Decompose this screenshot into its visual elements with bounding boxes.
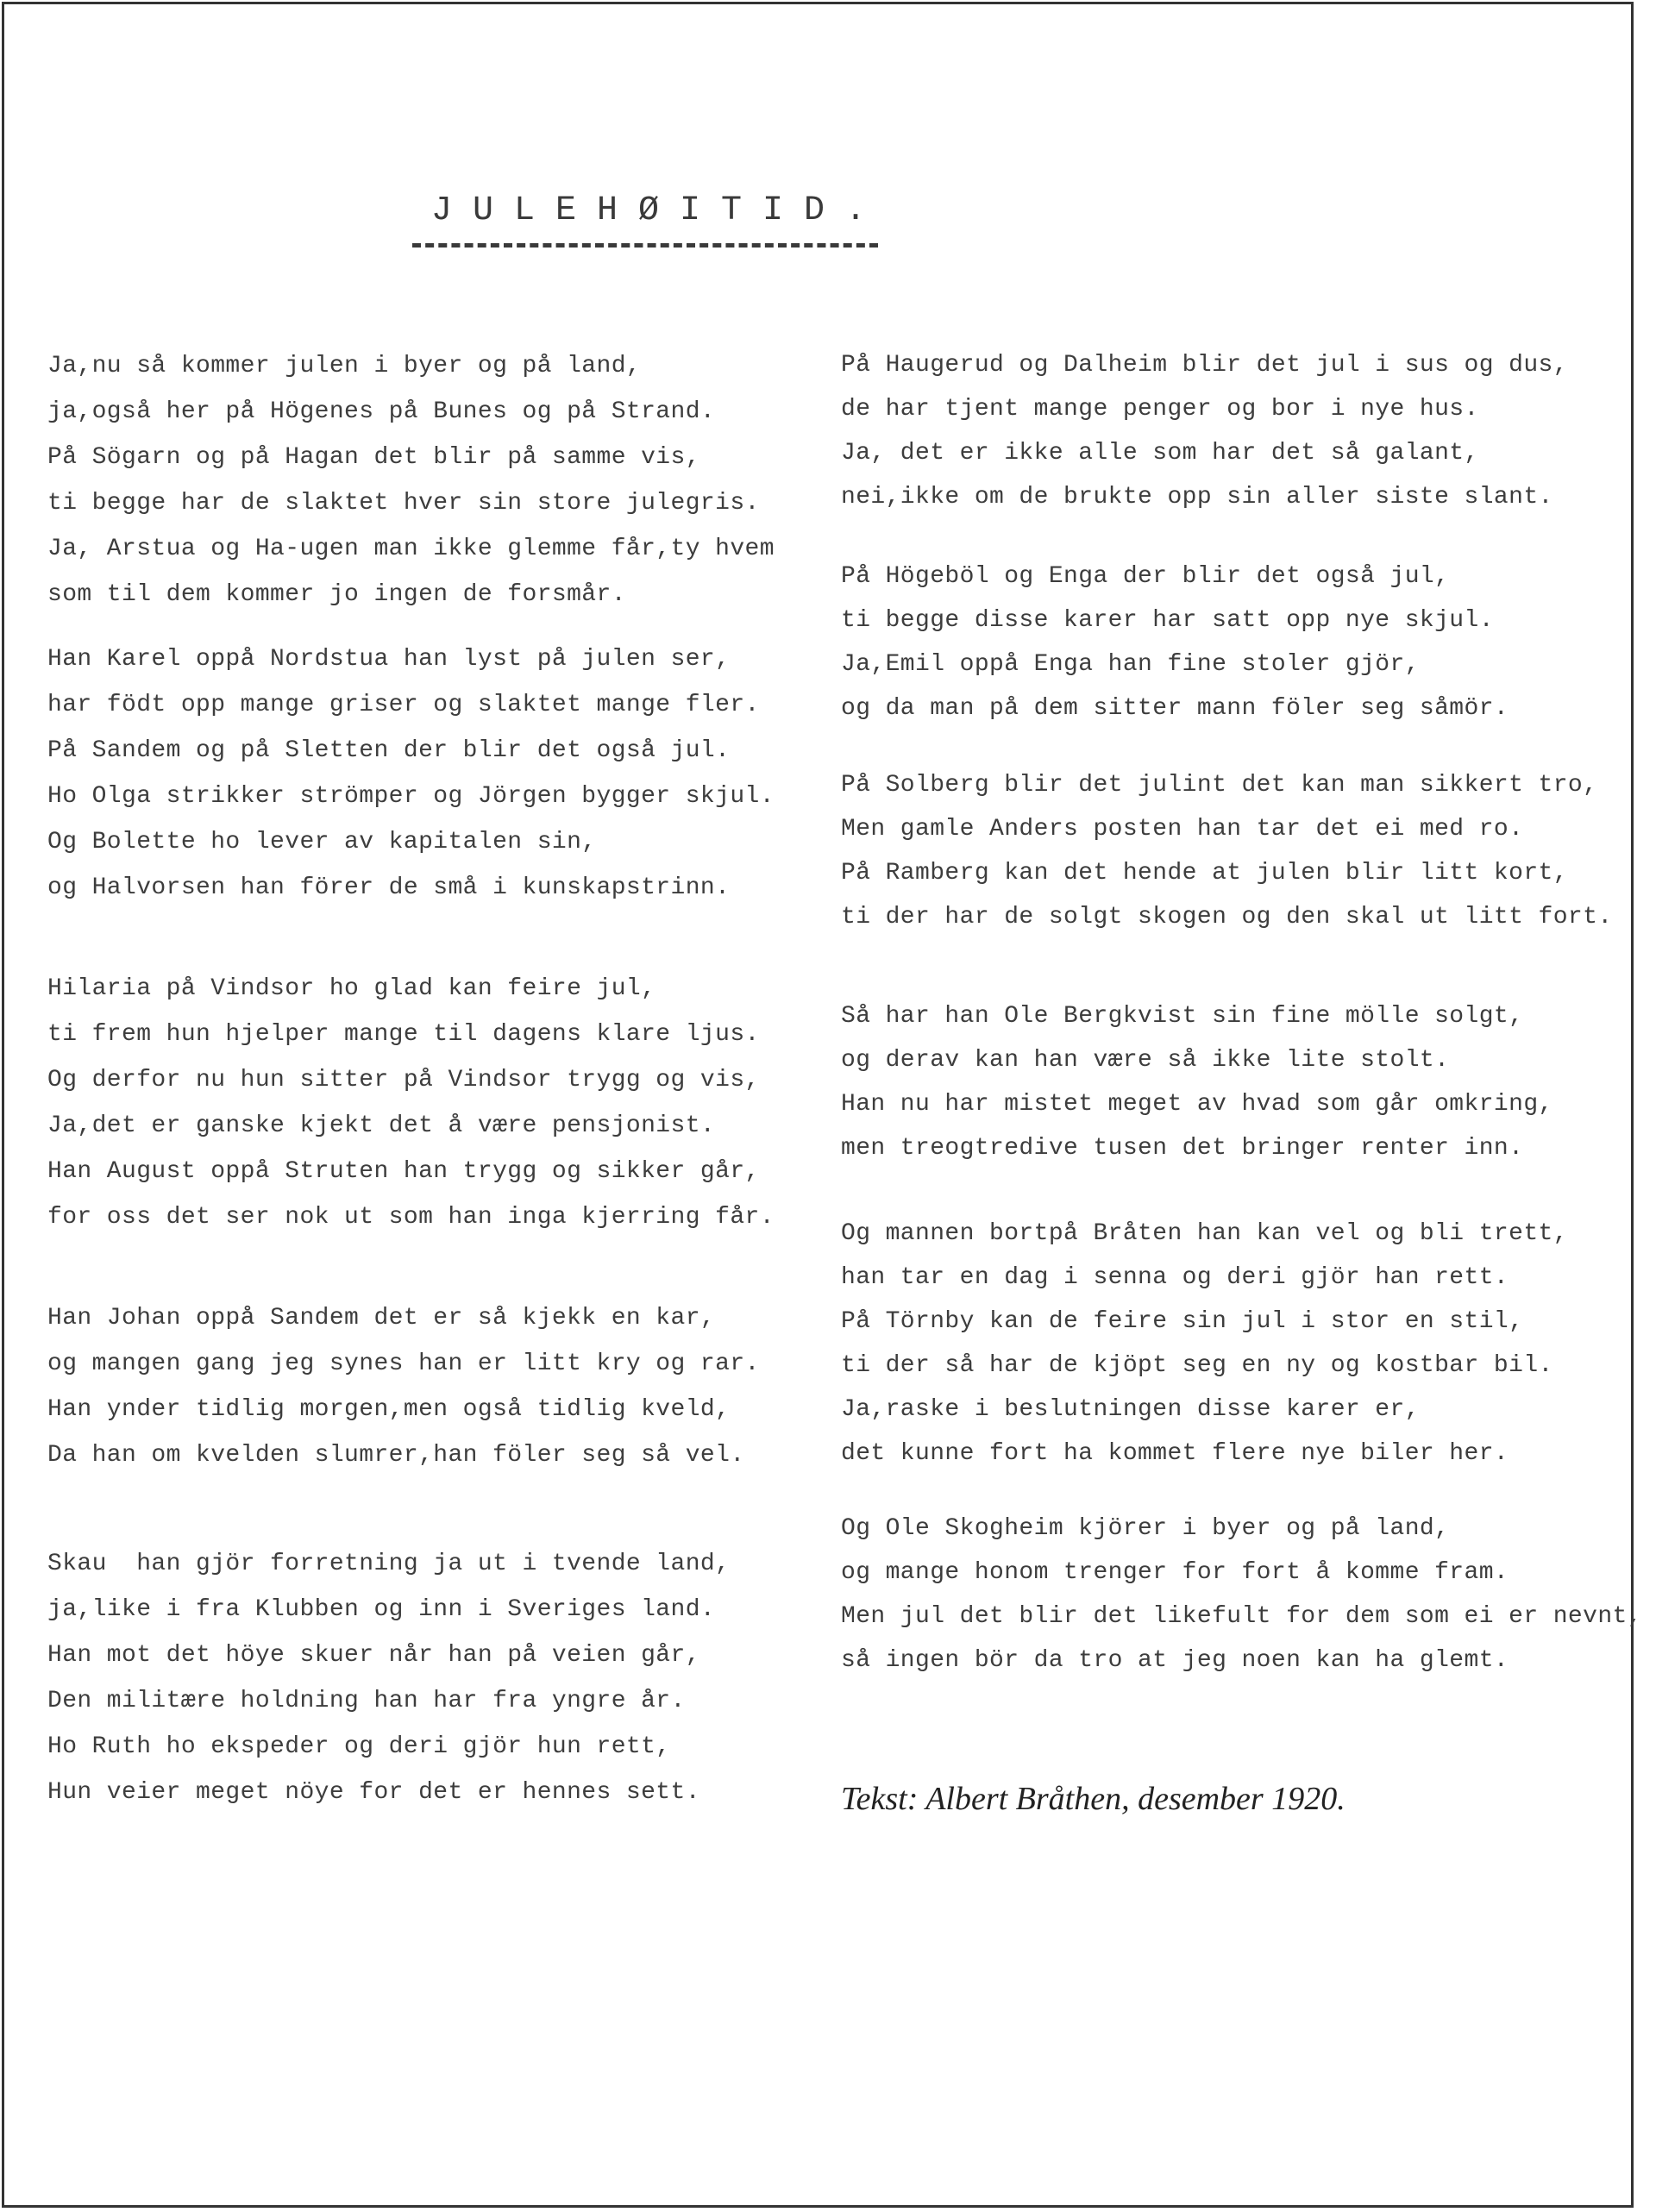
stanza-left-4: Han Johan oppå Sandem det er så kjekk en…: [47, 1295, 760, 1478]
poem-line: Han August oppå Struten han trygg og sik…: [47, 1149, 775, 1194]
poem-line: og mangen gang jeg synes han er litt kry…: [47, 1341, 760, 1387]
poem-line: Og Bolette ho lever av kapitalen sin,: [47, 819, 775, 865]
poem-line: På Ramberg kan det hende at julen blir l…: [841, 851, 1613, 895]
poem-line: Hilaria på Vindsor ho glad kan feire jul…: [47, 966, 775, 1012]
poem-line: På Törnby kan de feire sin jul i stor en…: [841, 1300, 1568, 1344]
poem-line: og da man på dem sitter mann föler seg s…: [841, 686, 1509, 730]
poem-line: som til dem kommer jo ingen de forsmår.: [47, 572, 775, 617]
poem-line: Ja,raske i beslutningen disse karer er,: [841, 1388, 1568, 1432]
poem-line: han tar en dag i senna og deri gjör han …: [841, 1256, 1568, 1300]
poem-line: Og Ole Skogheim kjörer i byer og på land…: [841, 1507, 1642, 1551]
stanza-right-3: På Solberg blir det julint det kan man s…: [841, 763, 1613, 939]
poem-line: det kunne fort ha kommet flere nye biler…: [841, 1432, 1568, 1476]
stanza-right-4: Så har han Ole Bergkvist sin fine mölle …: [841, 994, 1553, 1170]
poem-line: ti frem hun hjelper mange til dagens kla…: [47, 1012, 775, 1057]
poem-line: så ingen bör da tro at jeg noen kan ha g…: [841, 1639, 1642, 1682]
poem-line: nei,ikke om de brukte opp sin aller sist…: [841, 475, 1568, 519]
poem-line: Ja,det er ganske kjekt det å være pensjo…: [47, 1103, 775, 1149]
poem-line: de har tjent mange penger og bor i nye h…: [841, 387, 1568, 431]
poem-line: Ho Olga strikker strömper og Jörgen bygg…: [47, 774, 775, 819]
poem-line: Men jul det blir det likefult for dem so…: [841, 1595, 1642, 1639]
poem-line: Og derfor nu hun sitter på Vindsor trygg…: [47, 1057, 775, 1103]
poem-line: ja,også her på Högenes på Bunes og på St…: [47, 389, 775, 435]
poem-line: På Haugerud og Dalheim blir det jul i su…: [841, 343, 1568, 387]
poem-line: På Högeböl og Enga der blir det også jul…: [841, 555, 1509, 598]
poem-line: Og mannen bortpå Bråten han kan vel og b…: [841, 1212, 1568, 1256]
poem-line: Han nu har mistet meget av hvad som går …: [841, 1082, 1553, 1126]
title-underline: [412, 243, 878, 248]
poem-title: JULEHØITID.: [431, 191, 880, 230]
poem-line: men treogtredive tusen det bringer rente…: [841, 1126, 1553, 1170]
poem-line: har födt opp mange griser og slaktet man…: [47, 682, 775, 728]
stanza-right-6: Og Ole Skogheim kjörer i byer og på land…: [841, 1507, 1642, 1682]
stanza-right-5: Og mannen bortpå Bråten han kan vel og b…: [841, 1212, 1568, 1476]
poem-line: ti der har de solgt skogen og den skal u…: [841, 895, 1613, 939]
poem-line: Han Johan oppå Sandem det er så kjekk en…: [47, 1295, 760, 1341]
poem-line: Ja,nu så kommer julen i byer og på land,: [47, 343, 775, 389]
poem-line: og Halvorsen han förer de små i kunskaps…: [47, 865, 775, 911]
poem-line: Så har han Ole Bergkvist sin fine mölle …: [841, 994, 1553, 1038]
poem-line: Ja,Emil oppå Enga han fine stoler gjör,: [841, 642, 1509, 686]
poem-line: og mange honom trenger for fort å komme …: [841, 1551, 1642, 1595]
poem-line: Han Karel oppå Nordstua han lyst på jule…: [47, 636, 775, 682]
stanza-left-3: Hilaria på Vindsor ho glad kan feire jul…: [47, 966, 775, 1240]
poem-line: På Solberg blir det julint det kan man s…: [841, 763, 1613, 807]
poem-line: På Sandem og på Sletten der blir det ogs…: [47, 728, 775, 774]
poem-line: og derav kan han være så ikke lite stolt…: [841, 1038, 1553, 1082]
poem-line: På Sögarn og på Hagan det blir på samme …: [47, 435, 775, 480]
poem-line: Men gamle Anders posten han tar det ei m…: [841, 807, 1613, 851]
poem-line: ti begge har de slaktet hver sin store j…: [47, 480, 775, 526]
poem-line: Hun veier meget nöye for det er hennes s…: [47, 1770, 730, 1815]
poem-line: Han mot det höye skuer når han på veien …: [47, 1632, 730, 1678]
poem-line: Ja, det er ikke alle som har det så gala…: [841, 431, 1568, 475]
poem-line: ti der så har de kjöpt seg en ny og kost…: [841, 1344, 1568, 1388]
poem-line: Han ynder tidlig morgen,men også tidlig …: [47, 1387, 760, 1432]
stanza-left-5: Skau han gjör forretning ja ut i tvende …: [47, 1541, 730, 1815]
stanza-left-1: Ja,nu så kommer julen i byer og på land,…: [47, 343, 775, 617]
poem-line: ja,like i fra Klubben og inn i Sveriges …: [47, 1587, 730, 1632]
poem-line: Skau han gjör forretning ja ut i tvende …: [47, 1541, 730, 1587]
stanza-right-1: På Haugerud og Dalheim blir det jul i su…: [841, 343, 1568, 519]
stanza-left-2: Han Karel oppå Nordstua han lyst på jule…: [47, 636, 775, 911]
poem-line: for oss det ser nok ut som han inga kjer…: [47, 1194, 775, 1240]
poem-line: Ho Ruth ho ekspeder og deri gjör hun ret…: [47, 1724, 730, 1770]
author-signature: Tekst: Albert Bråthen, desember 1920.: [841, 1780, 1345, 1818]
poem-line: Den militære holdning han har fra yngre …: [47, 1678, 730, 1724]
poem-line: ti begge disse karer har satt opp nye sk…: [841, 598, 1509, 642]
stanza-right-2: På Högeböl og Enga der blir det også jul…: [841, 555, 1509, 730]
poem-line: Da han om kvelden slumrer,han föler seg …: [47, 1432, 760, 1478]
poem-line: Ja, Arstua og Ha-ugen man ikke glemme få…: [47, 526, 775, 572]
